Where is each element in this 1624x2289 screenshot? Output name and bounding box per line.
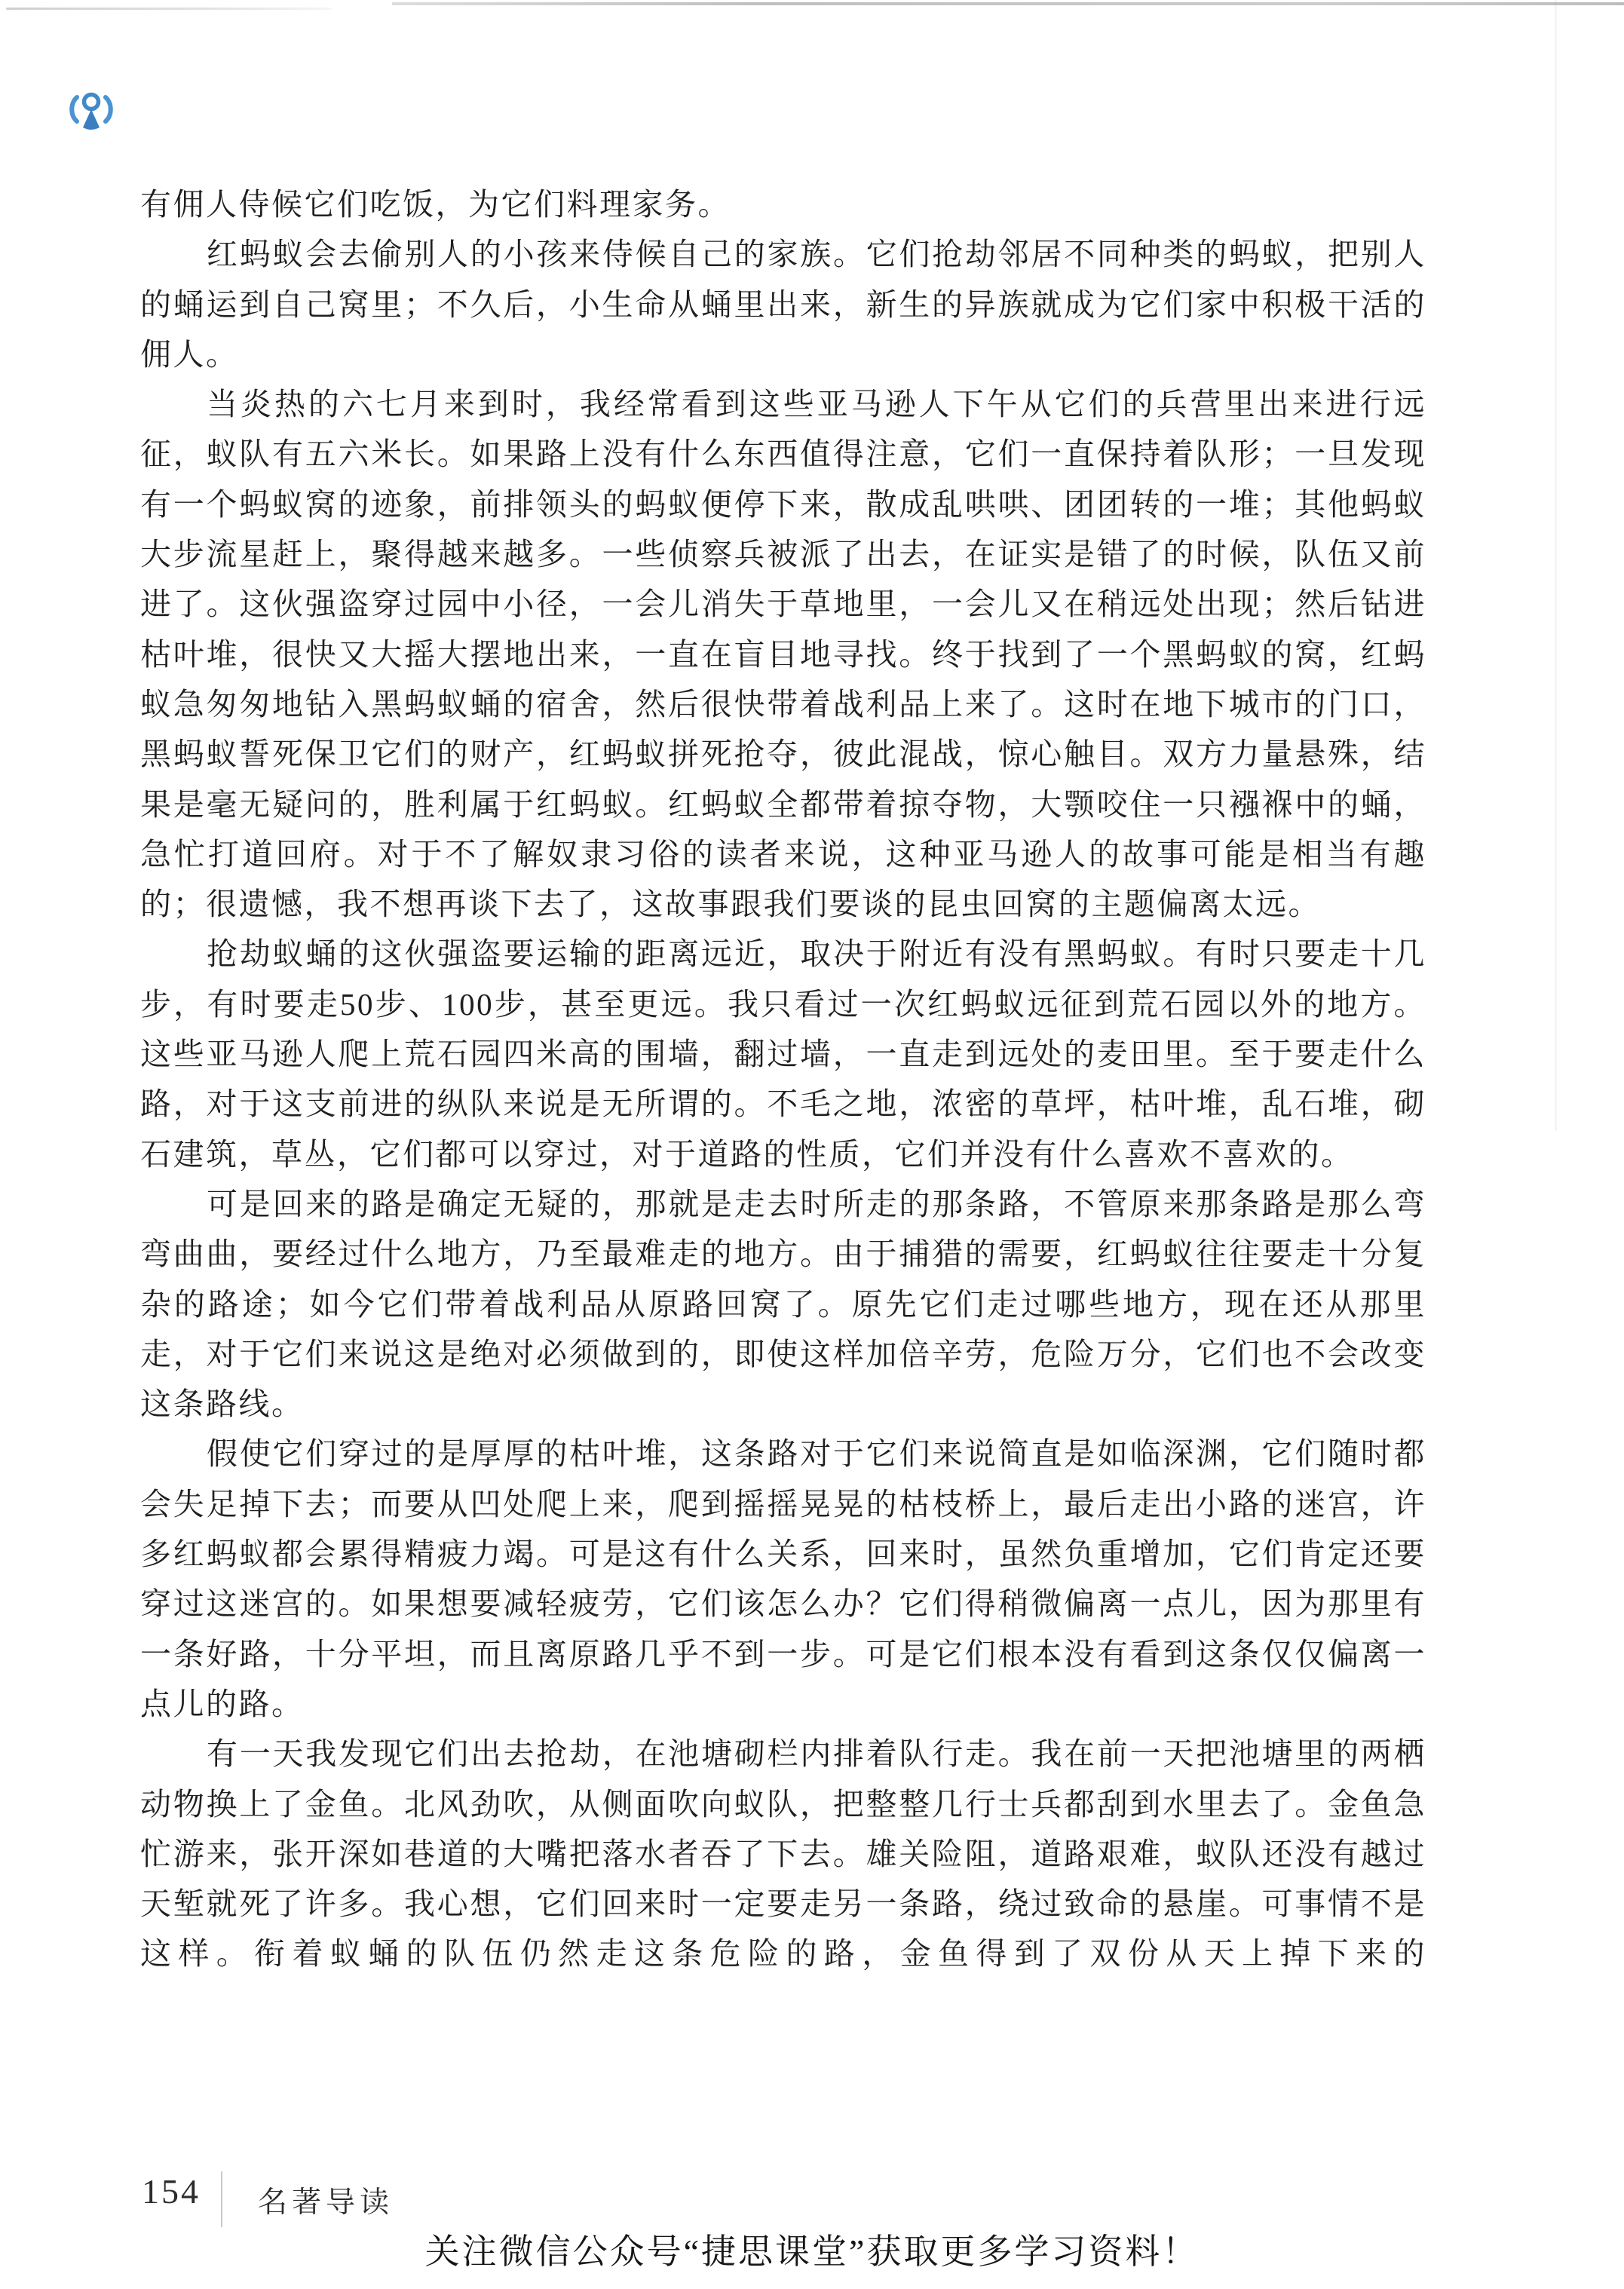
paragraph-5: 可是回来的路是确定无疑的，那就是走去时所走的那条路，不管原来那条路是那么弯弯曲曲… [140,1179,1426,1429]
paragraph-1: 有佣人侍候它们吃饭，为它们料理家务。 [140,179,1426,229]
paragraph-6: 假使它们穿过的是厚厚的枯叶堆，这条路对于它们来说简直是如临深渊，它们随时都会失足… [140,1429,1426,1729]
broadcast-person-icon [68,89,115,133]
page-number: 154 [142,2171,201,2211]
paragraph-2: 红蚂蚁会去偷别人的小孩来侍候自己的家族。它们抢劫邻居不同种类的蚂蚁，把别人的蛹运… [140,229,1426,379]
footer-divider [221,2171,222,2227]
paragraph-4: 抢劫蚁蛹的这伙强盗要运输的距离远近，取决于附近有没有黑蚂蚁。有时只要走十几步，有… [140,929,1426,1178]
scan-artifact-top-right-line [392,2,1624,5]
scan-artifact-top-left-line [6,8,332,10]
scanned-book-page: { "page": { "accent_color": "#3f87c5", "… [0,0,1624,2289]
body-text: 有佣人侍候它们吃饭，为它们料理家务。 红蚂蚁会去偷别人的小孩来侍候自己的家族。它… [140,179,1426,1979]
scan-artifact-right-streak [1555,0,1557,1131]
paragraph-7: 有一天我发现它们出去抢劫，在池塘砌栏内排着队行走。我在前一天把池塘里的两栖动物换… [140,1729,1426,1978]
promo-footer-text: 关注微信公众号“捷思课堂”获取更多学习资料！ [0,2224,1624,2274]
paragraph-3: 当炎热的六七月来到时，我经常看到这些亚马逊人下午从它们的兵营里出来进行远征，蚁队… [140,379,1426,929]
section-title: 名著导读 [258,2179,394,2221]
